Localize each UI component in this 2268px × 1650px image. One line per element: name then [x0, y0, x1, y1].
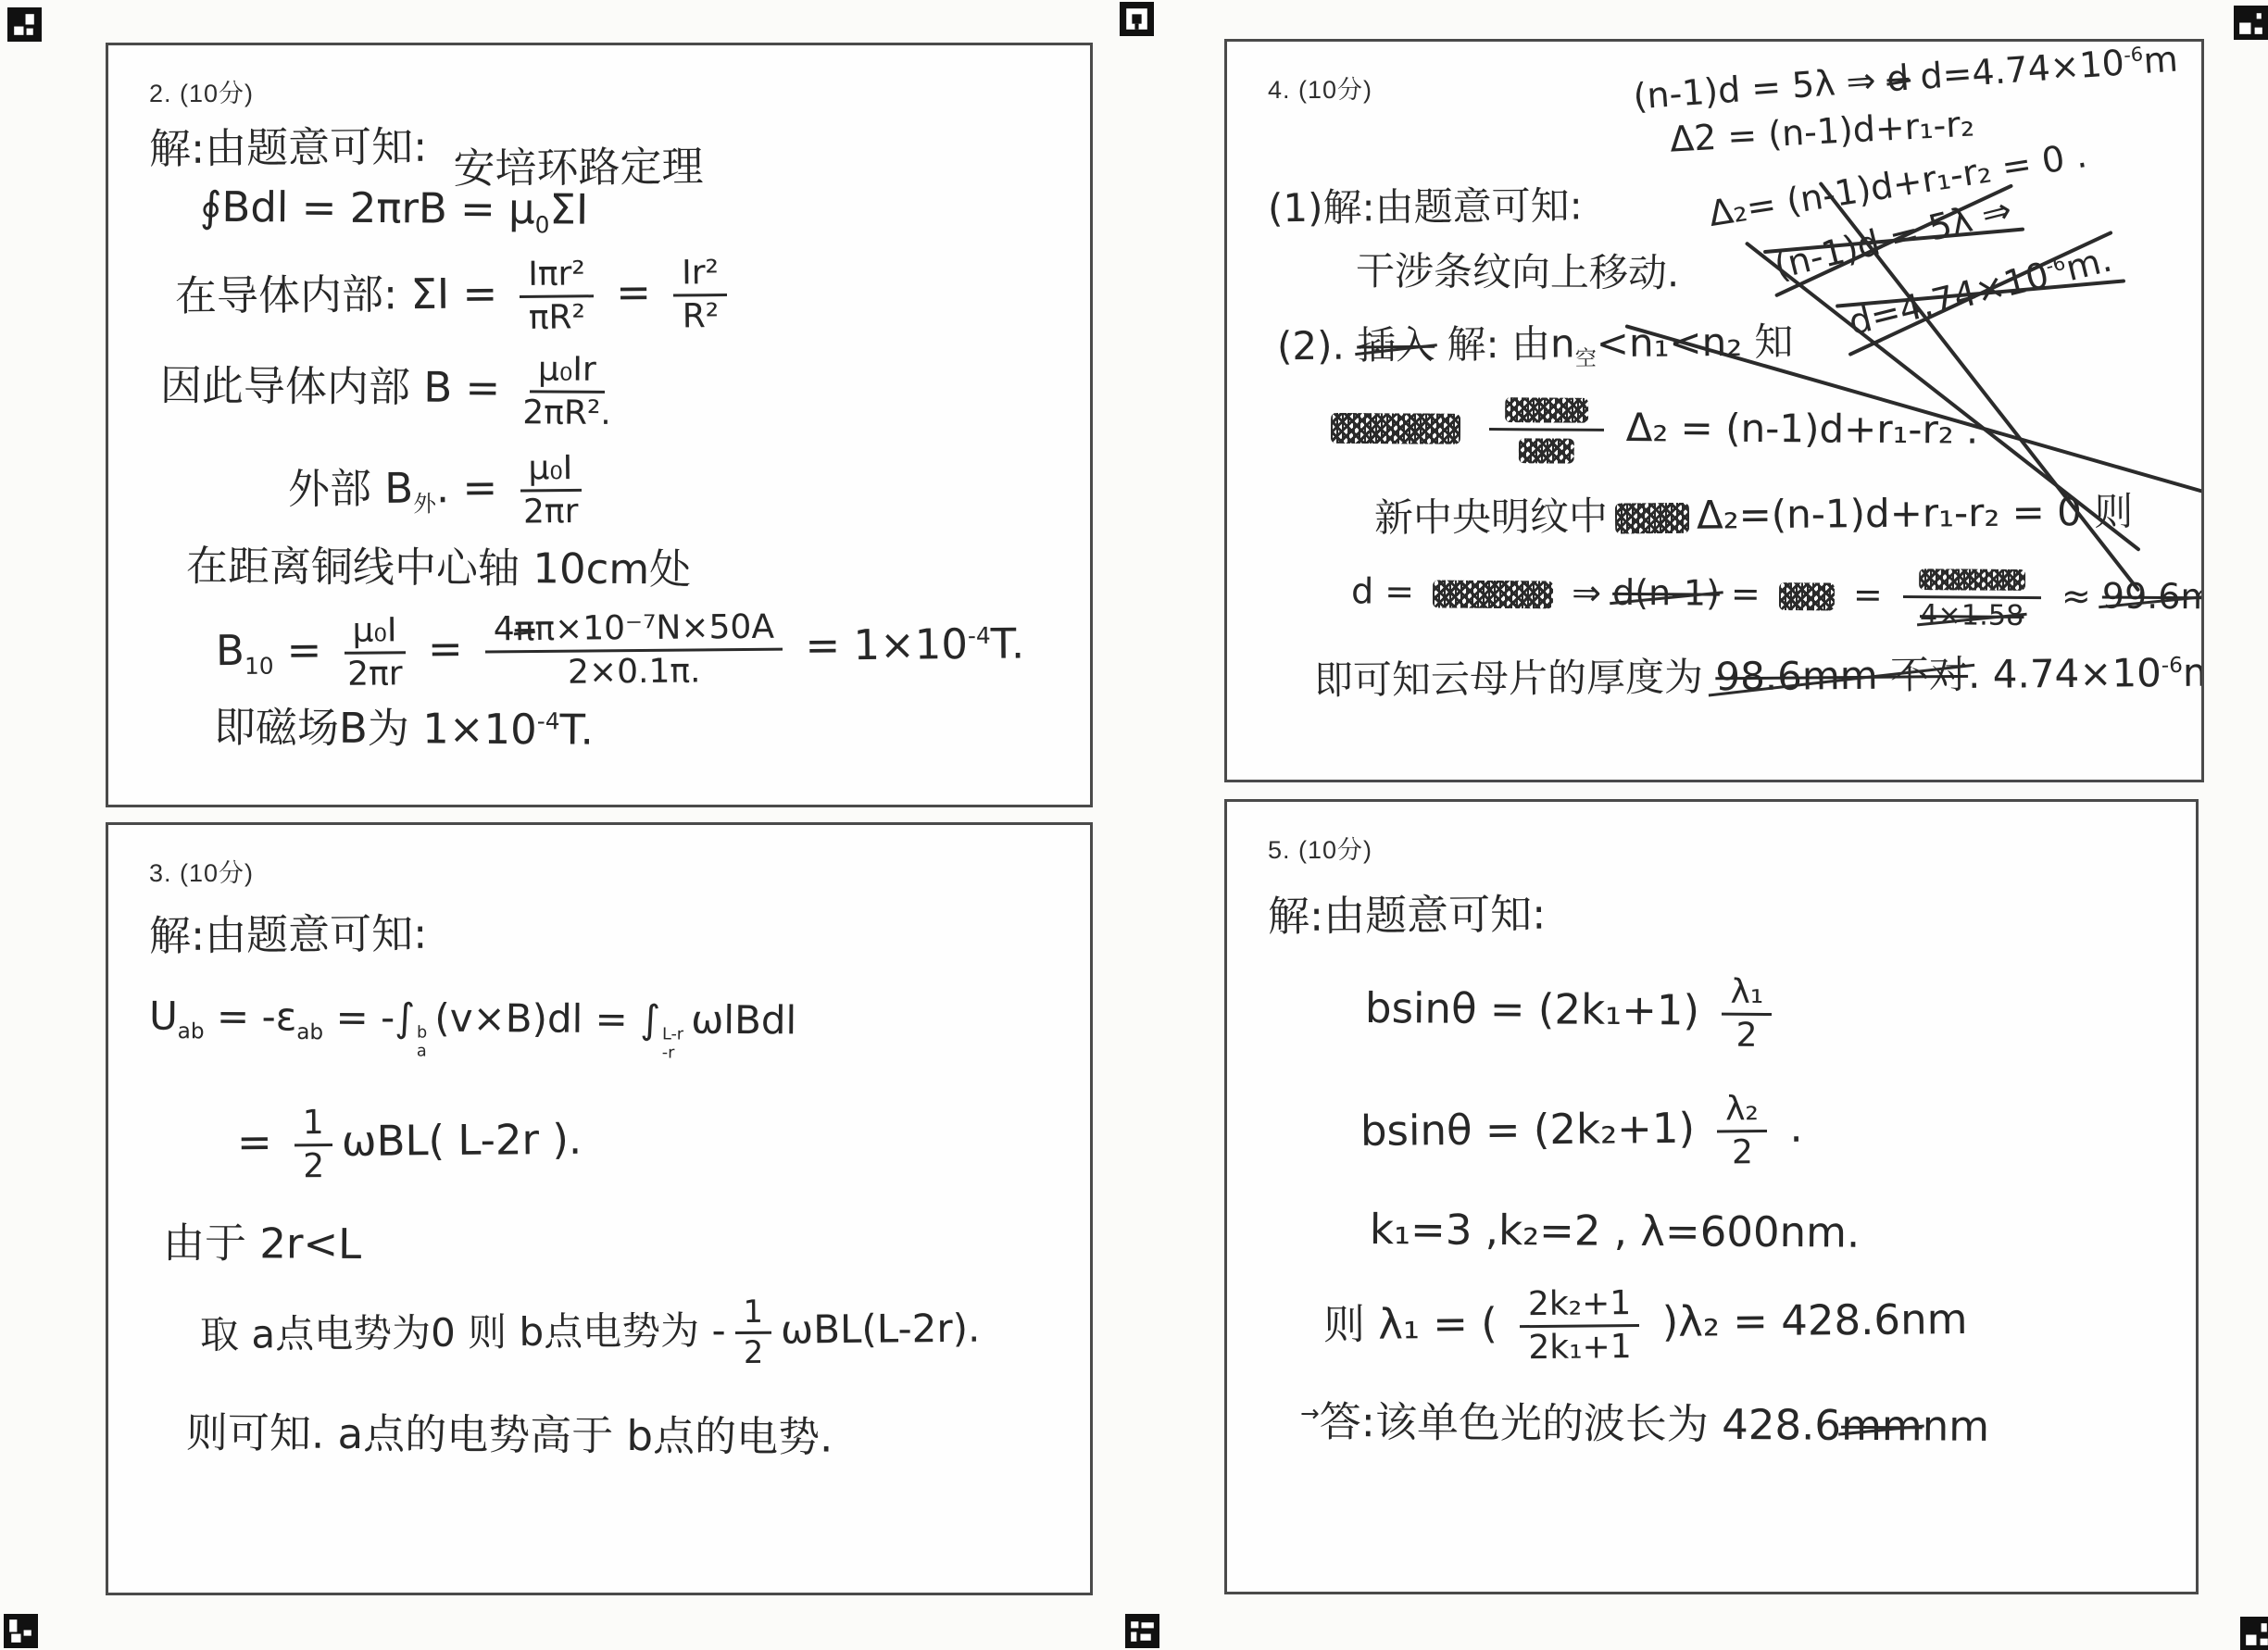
- question-label: 4. (10分): [1268, 69, 1372, 106]
- crossed-out-text: d: [1886, 56, 1911, 102]
- fraction-denominator: 2πr: [523, 491, 579, 530]
- handwritten-line: k₁=3 ,k₂=2 , λ=600nm.: [1370, 1204, 2174, 1261]
- handwritten-line: 解:由题意可知:: [1268, 883, 2174, 944]
- fraction: 4×1.58: [1903, 563, 2042, 632]
- handwritten-line: 由于 2r<L: [163, 1218, 1068, 1276]
- handwritten-line: Uab = -εab = -∫ba(v×B)dl = ∫L-r-rωlBdl: [149, 993, 1068, 1067]
- answer-panel-question-5: 5. (10分) 解:由题意可知:bsinθ = (2k₁+1) λ₁2bsin…: [1224, 799, 2199, 1594]
- fraction-denominator: 2: [744, 1334, 764, 1370]
- fraction: μ₀I2πr: [344, 612, 406, 693]
- handwritten-line: 取 a点电势为0 则 b点电势为 -12ωBL(L-2r).: [200, 1291, 1069, 1377]
- handwritten-line: (1)解:由题意可知:: [1268, 177, 2179, 233]
- integral-limits: L-r-r: [662, 1026, 683, 1064]
- scribble-blot: [1779, 582, 1835, 610]
- fraction-denominator: 2: [1732, 1132, 1753, 1171]
- fraction-numerator: 4ππ×10⁻⁷N×50A: [485, 609, 783, 653]
- fraction-numerator: λ₂: [1717, 1091, 1767, 1132]
- subscript: 空: [1575, 347, 1597, 371]
- handwritten-line: 则可知. a点的电势高于 b点的电势.: [186, 1407, 1068, 1466]
- scribble-blot: [1331, 413, 1460, 444]
- question-label: 5. (10分): [1268, 830, 1372, 866]
- handwritten-line: 解:由题意可知:: [149, 903, 1068, 963]
- scribble-blot: [1919, 568, 2025, 591]
- superscript: -4: [537, 707, 560, 734]
- question-label: 3. (10分): [149, 853, 254, 889]
- fiducial-marker-top-center-icon: [1120, 2, 1154, 36]
- integral-limit: b: [417, 1024, 427, 1043]
- fraction: μ₀I2πr: [520, 449, 582, 530]
- handwritten-line: = 12ωBL( L-2r ).: [237, 1096, 1069, 1187]
- handwritten-line: 外部 B外. = μ₀I2πr: [288, 444, 1069, 534]
- fraction-numerator: 1: [294, 1105, 332, 1146]
- fraction-denominator: 2: [1735, 1016, 1757, 1055]
- fraction: μ₀Ir2πR².: [522, 352, 611, 432]
- fraction-denominator: 2: [303, 1146, 324, 1185]
- fraction-numerator: μ₀Ir: [530, 352, 605, 394]
- fraction-denominator: 2×0.1π.: [568, 651, 701, 691]
- scribble-blot: [1505, 398, 1588, 423]
- handwritten-line: bsinθ = (2k₁+1) λ₁2: [1365, 969, 2174, 1058]
- superscript: →: [1300, 1400, 1320, 1427]
- handwriting-block: (1)解:由题意可知:干涉条纹向上移动.(2). 插入 解: 由n空<n₁<n₂…: [1268, 181, 2179, 721]
- scribble-blot: [1519, 439, 1574, 464]
- fraction-numerator: Ir²: [673, 255, 727, 296]
- question-label: 2. (10分): [149, 73, 254, 109]
- integral-limit: -r: [662, 1044, 675, 1063]
- handwritten-line: 在导体内部: ΣI = Iπr²πR² = Ir²R²: [175, 250, 1069, 342]
- superscript: -4: [968, 622, 991, 649]
- crossed-out-text: 4×1.58: [1920, 600, 2024, 631]
- fraction-denominator: 2πR².: [522, 393, 611, 431]
- handwritten-line: 即磁场B为 1×10-4T.: [214, 702, 1068, 760]
- fiducial-marker-top-left-icon: [7, 7, 42, 42]
- crossed-out-text: 99.6m: [2102, 575, 2204, 619]
- crossed-out-text: mm: [1841, 1400, 1923, 1453]
- fraction: 2k₂+12k₁+1: [1520, 1285, 1640, 1366]
- integral-limit: a: [417, 1043, 427, 1061]
- subscript: 10: [244, 653, 274, 680]
- fiducial-marker-bottom-center-icon: [1125, 1614, 1159, 1648]
- fraction-numerator: λ₁: [1722, 974, 1772, 1016]
- handwriting-block: 解:由题意可知:bsinθ = (2k₁+1) λ₁2bsinθ = (2k₂+…: [1268, 887, 2174, 1484]
- answer-panel-question-3: 3. (10分) 解:由题意可知:Uab = -εab = -∫ba(v×B)d…: [106, 822, 1093, 1595]
- crossed-out-text: 插入: [1357, 321, 1435, 370]
- fiducial-marker-bottom-right-icon: [2240, 1617, 2268, 1650]
- handwritten-line: 即可知云母片的厚度为 98.6mm 不对. 4.74×10-6m.: [1314, 648, 2179, 705]
- superscript: -6: [2123, 43, 2143, 66]
- fraction: 4ππ×10⁻⁷N×50A2×0.1π.: [485, 609, 783, 692]
- scribble-blot: [1615, 503, 1689, 533]
- crossed-out-text: d(n-1): [1612, 571, 1720, 616]
- handwritten-line: 因此导体内部 B = μ₀Ir2πR².: [160, 347, 1069, 437]
- subscript: 0: [535, 212, 550, 239]
- handwritten-line: →答:该单色光的波长为 428.6mmnm: [1300, 1396, 2174, 1455]
- fraction-numerator: Iπr²: [520, 256, 594, 297]
- fraction: λ₁2: [1722, 974, 1772, 1055]
- answer-panel-question-4: 4. (10分) (n-1)d = 5λ ⇒ d d=4.74×10-6mΔ2 …: [1224, 39, 2204, 782]
- handwritten-line: 则 λ₁ = ( 2k₂+12k₁+1 )λ₂ = 428.6nm: [1323, 1279, 2174, 1369]
- fraction-denominator: 4×1.58: [1920, 598, 2024, 631]
- fraction-numerator: 1: [734, 1295, 771, 1334]
- fraction: Iπr²πR²: [520, 256, 594, 336]
- fraction: λ₂2: [1717, 1091, 1768, 1171]
- handwritten-line: 新中央明纹中Δ₂=(n-1)d+r₁-r₂ = 0 则: [1374, 487, 2179, 543]
- handwritten-line: ∮Bdl = 2πrB = μ0ΣI: [200, 181, 1068, 244]
- handwriting-block: 解:由题意可知:安培环路定理∮Bdl = 2πrB = μ0ΣI在导体内部: Σ…: [149, 119, 1068, 769]
- crossed-out-text: 98.6mm 不对: [1715, 650, 1968, 701]
- scribble-blot: [1433, 580, 1553, 608]
- crossed-out-text: π: [515, 611, 535, 648]
- fraction: 12: [294, 1105, 333, 1185]
- fraction-denominator: 2πr: [347, 654, 403, 693]
- integral-limit: L-r: [662, 1026, 683, 1044]
- fraction-numerator: [1489, 392, 1604, 431]
- fraction: 12: [734, 1295, 771, 1370]
- handwritten-line: B10 = μ₀I2πr = 4ππ×10⁻⁷N×50A2×0.1π. = 1×…: [216, 605, 1069, 695]
- fraction-denominator: [1511, 431, 1582, 467]
- subscript: ab: [296, 1020, 323, 1044]
- fraction-numerator: 2k₂+1: [1520, 1285, 1640, 1328]
- answer-panel-question-2: 2. (10分) 解:由题意可知:安培环路定理∮Bdl = 2πrB = μ0Σ…: [106, 43, 1093, 807]
- handwritten-line: d = ⇒ d(n-1) = = 4×1.58 ≈ 99.6m.: [1351, 557, 2180, 635]
- fraction-numerator: [1903, 563, 2041, 599]
- handwritten-line: 解:由题意可知:安培环路定理: [149, 116, 1068, 176]
- fraction-numerator: μ₀I: [344, 612, 405, 654]
- handwritten-line: bsinθ = (2k₂+1) λ₂2 .: [1360, 1086, 2174, 1177]
- subscript: ab: [178, 1019, 205, 1044]
- fiducial-marker-top-right-icon: [2234, 6, 2268, 40]
- handwritten-line: 在距离铜线中心轴 10cm处: [186, 540, 1068, 598]
- subscript: 外: [413, 490, 436, 517]
- handwritten-line: Δ₂ = (n-1)d+r₁-r₂ .: [1323, 389, 2180, 473]
- fraction-denominator: πR²: [529, 297, 585, 336]
- fraction-denominator: 2k₁+1: [1528, 1327, 1632, 1367]
- handwritten-line: 干涉条纹向上移动.: [1356, 246, 2179, 301]
- fiducial-marker-bottom-left-icon: [4, 1614, 38, 1648]
- fraction: Ir²R²: [673, 255, 728, 335]
- scanned-answer-sheet: { "colors":{"ink":"#282828","panel_borde…: [0, 0, 2268, 1650]
- integral-limits: ba: [417, 1024, 427, 1062]
- superscript: -6: [2161, 653, 2183, 677]
- fraction: [1489, 392, 1605, 468]
- handwriting-block: 解:由题意可知:Uab = -εab = -∫ba(v×B)dl = ∫L-r-…: [149, 906, 1068, 1499]
- fraction-numerator: μ₀I: [520, 449, 581, 491]
- fraction-denominator: R²: [683, 296, 720, 335]
- handwritten-line: (2). 插入 解: 由n空<n₁<n₂ 知: [1277, 315, 2179, 376]
